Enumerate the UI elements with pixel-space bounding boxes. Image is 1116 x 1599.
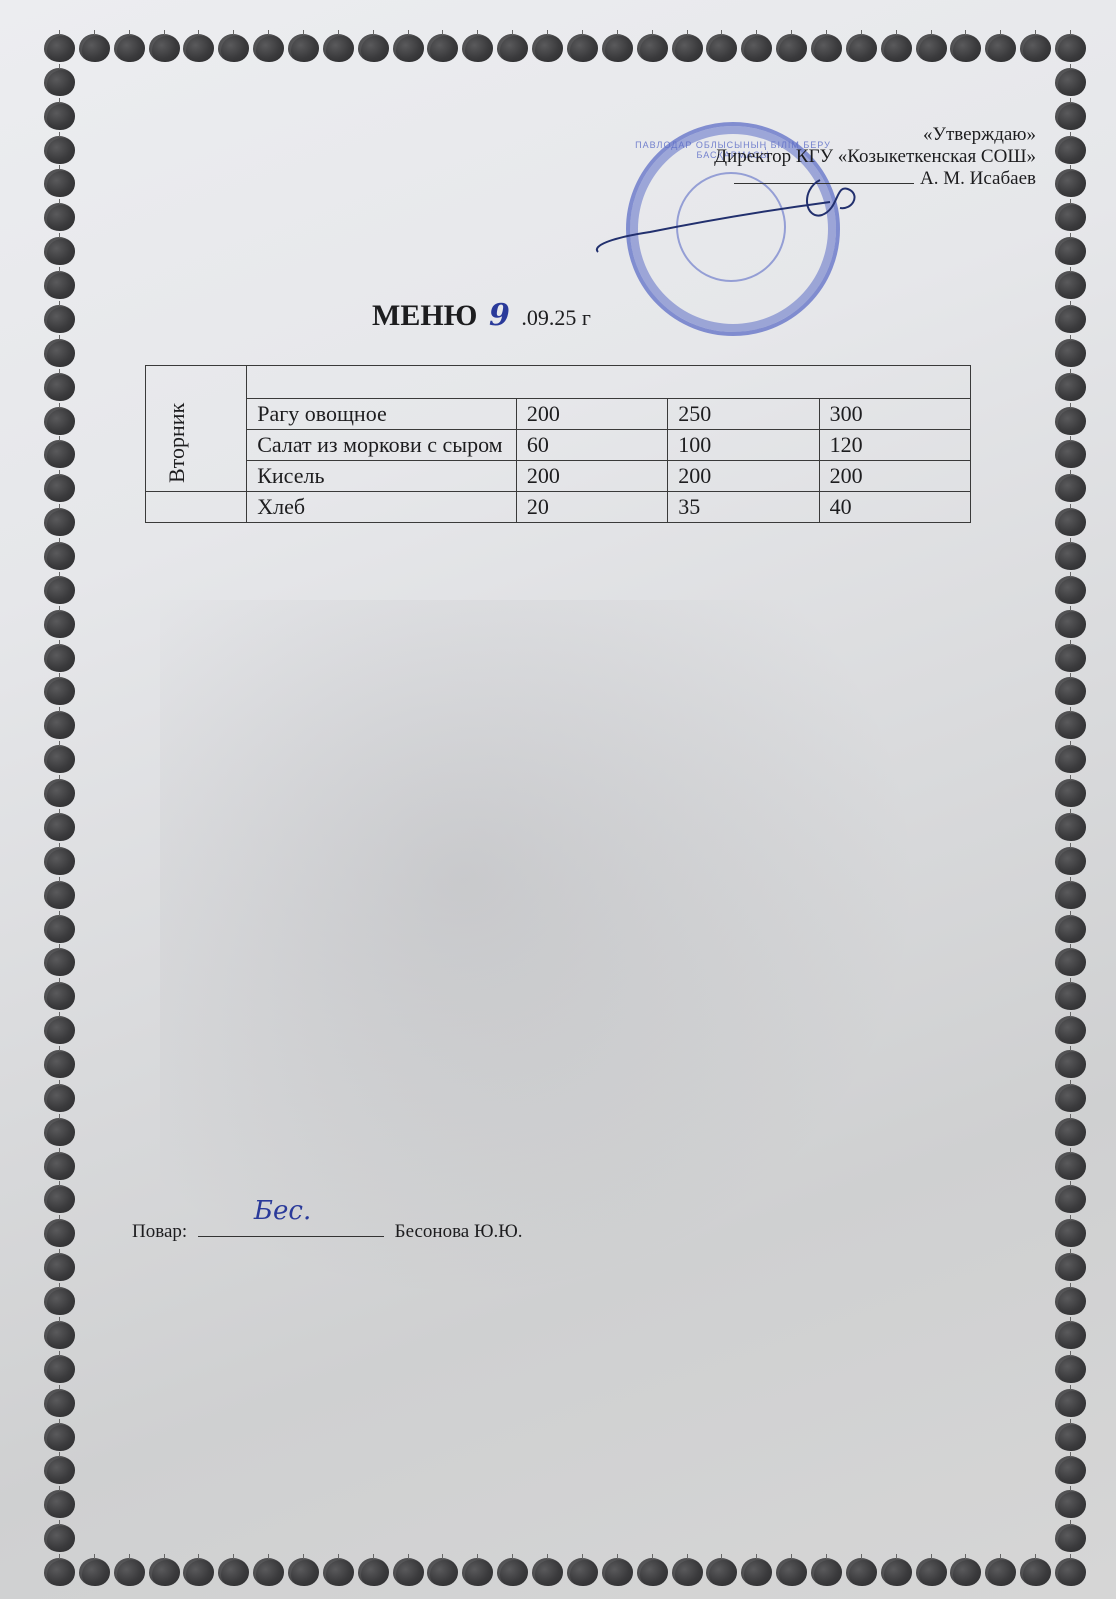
apple-icon [393,1558,424,1586]
apple-icon [218,34,249,62]
cook-label: Повар: [132,1221,187,1242]
apple-icon [44,779,75,807]
apple-icon [916,1558,947,1586]
apple-icon [776,1558,807,1586]
apple-icon [44,136,75,164]
table-row: Вторник [146,366,971,399]
empty-header-cell [247,366,971,399]
apple-icon [1055,508,1086,536]
apple-icon [44,1050,75,1078]
apple-icon [462,1558,493,1586]
apple-icon [44,407,75,435]
portion-2: 250 [668,399,819,430]
apple-icon [1055,847,1086,875]
apple-icon [1055,1456,1086,1484]
portion-1: 200 [516,461,667,492]
apple-icon [1055,881,1086,909]
apple-icon [149,1558,180,1586]
apple-icon [44,237,75,265]
table-row: Хлеб 20 35 40 [146,492,971,523]
apple-icon [1055,982,1086,1010]
apple-icon [218,1558,249,1586]
day-label: Вторник [164,403,190,483]
cook-handwritten-signature: Бес. [254,1196,311,1226]
apple-icon [114,34,145,62]
apple-icon [846,34,877,62]
dish-name: Рагу овощное [247,399,517,430]
apple-icon [44,1152,75,1180]
portion-2: 100 [668,430,819,461]
portion-1: 200 [516,399,667,430]
apple-icon [741,1558,772,1586]
apple-icon [44,1558,75,1586]
apple-icon [1055,576,1086,604]
cook-signature-block: Повар: Бес. Бесонова Ю.Ю. [132,1218,523,1243]
apple-icon [393,34,424,62]
portion-3: 300 [819,399,970,430]
apple-icon [44,34,75,62]
approval-heading: «Утверждаю» [714,124,1036,146]
apple-icon [1055,34,1086,62]
apple-icon [44,610,75,638]
apple-icon [44,305,75,333]
apple-icon [44,339,75,367]
apple-icon [44,982,75,1010]
portion-1: 60 [516,430,667,461]
apple-icon [44,102,75,130]
apple-icon [567,34,598,62]
apple-icon [427,34,458,62]
apple-icon [1055,1253,1086,1281]
apple-icon [672,1558,703,1586]
apple-icon [44,542,75,570]
apple-icon [1055,271,1086,299]
apple-icon [1055,1219,1086,1247]
apple-icon [1055,203,1086,231]
apple-icon [462,34,493,62]
apple-icon [532,1558,563,1586]
apple-icon [44,68,75,96]
apple-icon [1055,1490,1086,1518]
apple-icon [811,34,842,62]
apple-icon [1055,644,1086,672]
apple-icon [44,576,75,604]
apple-icon [1055,474,1086,502]
apple-icon [183,34,214,62]
apple-icon [776,34,807,62]
apple-icon [637,1558,668,1586]
apple-icon [741,34,772,62]
apple-icon [44,813,75,841]
apple-icon [358,1558,389,1586]
apple-icon [1055,1185,1086,1213]
apple-icon [985,1558,1016,1586]
apple-icon [1055,1287,1086,1315]
apple-icon [950,34,981,62]
apple-icon [1055,915,1086,943]
portion-1: 20 [516,492,667,523]
apple-icon [44,644,75,672]
apple-icon [1055,779,1086,807]
apple-icon [79,1558,110,1586]
title-label: МЕНЮ [372,299,477,332]
apple-icon [1055,1152,1086,1180]
cook-name: Бесонова Ю.Ю. [395,1221,523,1242]
apple-icon [44,169,75,197]
apple-icon [323,1558,354,1586]
apple-icon [44,847,75,875]
apple-icon [44,1355,75,1383]
apple-icon [706,34,737,62]
apple-icon [1055,102,1086,130]
apple-icon [1020,1558,1051,1586]
apple-icon [881,1558,912,1586]
apple-icon [1055,542,1086,570]
apple-icon [985,34,1016,62]
apple-icon [1055,813,1086,841]
apple-icon [183,1558,214,1586]
photo-shadow [160,600,920,1300]
apple-icon [672,34,703,62]
apple-icon [1055,305,1086,333]
apple-icon [811,1558,842,1586]
apple-icon [1055,169,1086,197]
table-row: Рагу овощное 200 250 300 [146,399,971,430]
apple-icon [602,34,633,62]
apple-icon [44,1185,75,1213]
dish-name: Салат из моркови с сыром [247,430,517,461]
apple-icon [288,34,319,62]
apple-icon [1055,1423,1086,1451]
apple-icon [1055,407,1086,435]
apple-icon [358,34,389,62]
apple-icon [253,34,284,62]
apple-icon [44,745,75,773]
page-title: МЕНЮ 9 .09.25 г [372,298,591,333]
table-row: Салат из моркови с сыром 60 100 120 [146,430,971,461]
apple-icon [44,508,75,536]
apple-icon [706,1558,737,1586]
apple-icon [44,1118,75,1146]
apple-icon [44,1287,75,1315]
apple-icon [1055,711,1086,739]
portion-2: 35 [668,492,819,523]
apple-icon [1055,373,1086,401]
apple-icon [44,1016,75,1044]
portion-2: 200 [668,461,819,492]
apple-icon [253,1558,284,1586]
apple-icon [1020,34,1051,62]
apple-icon [1055,1389,1086,1417]
portion-3: 40 [819,492,970,523]
dish-name: Кисель [247,461,517,492]
portion-3: 200 [819,461,970,492]
apple-icon [1055,1050,1086,1078]
apple-icon [881,34,912,62]
apple-icon [846,1558,877,1586]
apple-icon [427,1558,458,1586]
portion-3: 120 [819,430,970,461]
apple-icon [1055,1084,1086,1112]
apple-border [0,0,1116,1599]
apple-icon [44,1524,75,1552]
approval-name: А. М. Исабаев [920,168,1036,189]
apple-icon [44,948,75,976]
apple-icon [950,1558,981,1586]
apple-icon [44,440,75,468]
apple-icon [1055,1558,1086,1586]
apple-icon [567,1558,598,1586]
apple-icon [1055,610,1086,638]
title-day-handwritten: 9 [489,298,510,333]
apple-icon [1055,440,1086,468]
apple-icon [288,1558,319,1586]
apple-icon [44,1219,75,1247]
apple-icon [44,881,75,909]
apple-icon [1055,677,1086,705]
apple-icon [1055,68,1086,96]
apple-icon [44,271,75,299]
menu-table: Вторник Рагу овощное 200 250 300 Салат и… [145,365,971,523]
apple-icon [1055,1355,1086,1383]
apple-icon [149,34,180,62]
apple-icon [1055,745,1086,773]
apple-icon [497,1558,528,1586]
apple-icon [44,711,75,739]
apple-icon [44,1253,75,1281]
apple-icon [1055,948,1086,976]
apple-icon [1055,339,1086,367]
apple-icon [497,34,528,62]
apple-icon [323,34,354,62]
apple-icon [44,203,75,231]
apple-icon [1055,1016,1086,1044]
apple-icon [114,1558,145,1586]
apple-icon [1055,1118,1086,1146]
apple-icon [1055,136,1086,164]
apple-icon [44,1423,75,1451]
apple-icon [44,373,75,401]
day-cell-bottom [146,492,247,523]
apple-icon [532,34,563,62]
apple-icon [602,1558,633,1586]
signature-underline: Бес. [198,1218,384,1237]
apple-icon [44,1490,75,1518]
table-row: Кисель 200 200 200 [146,461,971,492]
apple-icon [1055,1321,1086,1349]
day-cell: Вторник [146,366,247,492]
apple-icon [44,915,75,943]
apple-icon [79,34,110,62]
apple-icon [44,1321,75,1349]
apple-icon [916,34,947,62]
dish-name: Хлеб [247,492,517,523]
apple-icon [44,474,75,502]
director-signature-icon [590,160,870,260]
title-date: .09.25 г [521,305,591,330]
apple-icon [1055,1524,1086,1552]
apple-icon [1055,237,1086,265]
apple-icon [44,1084,75,1112]
apple-icon [44,1389,75,1417]
apple-icon [44,677,75,705]
apple-icon [637,34,668,62]
apple-icon [44,1456,75,1484]
